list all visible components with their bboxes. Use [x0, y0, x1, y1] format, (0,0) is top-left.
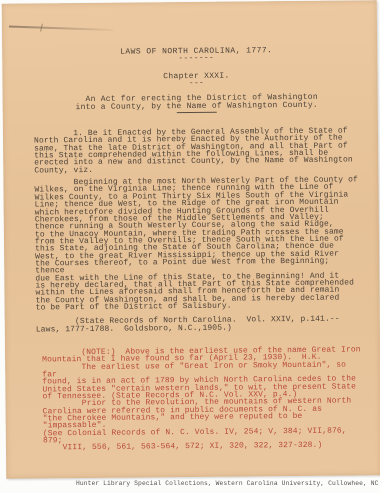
- library-caption: Hunter Library Special Collections, West…: [76, 480, 379, 487]
- boundary-description: Beginning at the most North Westerly Par…: [34, 177, 361, 312]
- note-paragraph-2: The earliest use of "Great Iron or Smoky…: [42, 361, 362, 401]
- paper-sheet: LAWS OF NORTH CAROLINA, 1777. ------- Ch…: [2, 0, 380, 479]
- scanned-page: LAWS OF NORTH CAROLINA, 1777. ------- Ch…: [0, 0, 380, 493]
- note-paragraph-3: Prior to the Revolution, the mountains o…: [43, 398, 363, 452]
- researcher-note: (NOTE:) Above is the earliest use of the…: [42, 346, 363, 452]
- enacting-clause: 1. Be it Enacted by the General Assembly…: [34, 127, 360, 174]
- source-citation: (State Records of North Carolina. Vol. X…: [36, 316, 362, 334]
- act-title: An Act for erecting the District of Wash…: [34, 94, 360, 112]
- act-title-underline: [177, 112, 217, 113]
- document-body: LAWS OF NORTH CAROLINA, 1777. ------- Ch…: [2, 0, 380, 452]
